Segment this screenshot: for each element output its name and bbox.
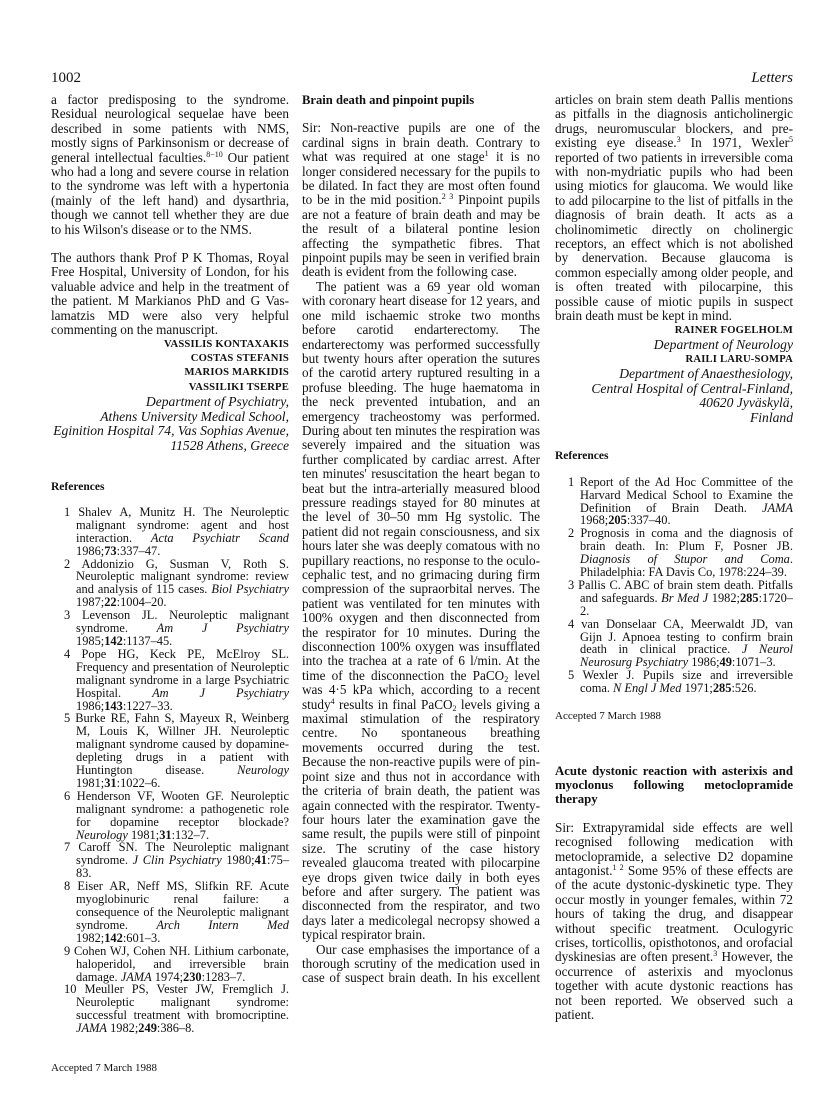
letter-title: Brain death and pinpoint pupils	[302, 93, 540, 107]
ref-pages: :1283–7.	[202, 970, 246, 984]
body-paragraph-continued: articles on brain stem death Pallis ment…	[555, 93, 793, 324]
affiliation-line: Central Hospital of Central-Finland,	[555, 382, 793, 397]
reference-item: 2 Addonizio G, Susman V, Roth S. Neurole…	[51, 558, 289, 610]
reference-item: 4 van Donselaar CA, Meerwaldt JD, van Gi…	[555, 618, 793, 670]
ref-pages: :1137–45.	[123, 634, 172, 648]
ref-num: 6	[64, 789, 70, 803]
author-name: RAINER FOGELHOLM	[555, 324, 793, 338]
ref-volume: 285	[740, 591, 759, 605]
ref-journal: JAMA	[121, 970, 152, 984]
text: CO	[434, 697, 452, 712]
ref-year: 1982;	[76, 931, 104, 945]
ref-num: 7	[64, 840, 70, 854]
section-title: Letters	[751, 70, 793, 87]
ref-year: 1982;	[708, 591, 740, 605]
ref-journal: JAMA	[762, 501, 793, 515]
affiliation-line: 11528 Athens, Greece	[51, 439, 289, 454]
ref-pages: :132–7.	[172, 828, 210, 842]
ref-num: 1	[568, 475, 574, 489]
text: results in final Pa	[335, 697, 435, 712]
author-name: RAILI LARU-SOMPA	[555, 353, 793, 367]
reference-item: 3 Levenson JL. Neuroleptic malignant syn…	[51, 609, 289, 648]
affiliation-line: Department of Psychiatry,	[51, 395, 289, 410]
text: levels giving a maximal stimulation of t…	[302, 697, 540, 943]
text: Our case emphasises the importance of a …	[302, 943, 540, 986]
acknowledgement: The authors thank Prof P K Thomas, Royal…	[51, 251, 289, 337]
ref-year: 1968;	[580, 513, 608, 527]
ref-num: 9	[64, 944, 70, 958]
author-name: VASSILIKI TSERPE	[51, 381, 289, 395]
reference-list: 1 Report of the Ad Hoc Committee of the …	[555, 476, 793, 695]
ref-text: Henderson VF, Wooten GF. Neuroleptic mal…	[76, 789, 289, 829]
body-paragraph: The patient was a 69 year old woman with…	[302, 280, 540, 943]
affiliation-line: Department of Anaesthesiology,	[555, 367, 793, 382]
reference-item: 9 Cohen WJ, Cohen NH. Lithium carbonate,…	[51, 945, 289, 984]
ref-year: 1971;	[682, 681, 713, 695]
citation: 1 2	[613, 863, 624, 872]
reference-item: 2 Prognosis in coma and the diagnosis of…	[555, 527, 793, 579]
references-heading: References	[555, 449, 793, 463]
ref-num: 8	[64, 879, 70, 893]
ref-journal: Acta Psychiatr Scand	[151, 531, 289, 545]
ref-journal: Biol Psychiatry	[211, 582, 289, 596]
ref-num: 4	[64, 647, 70, 661]
ref-pages: :1227–33.	[123, 699, 173, 713]
author-name: VASSILIS KONTAXAKIS	[51, 338, 289, 352]
affiliation-line: Finland	[555, 411, 793, 426]
ref-journal: Arch Intern Med	[156, 918, 289, 932]
ref-pages: :337–47.	[117, 544, 161, 558]
reference-item: 1 Report of the Ad Hoc Committee of the …	[555, 476, 793, 528]
reference-list: 1 Shalev A, Munitz H. The Neuroleptic ma…	[51, 506, 289, 1035]
ref-volume: 205	[608, 513, 627, 527]
affiliation-line: Eginition Hospital 74, Vas Sophias Avenu…	[51, 424, 289, 439]
author-name: COSTAS STEFANIS	[51, 352, 289, 366]
ref-num: 10	[64, 982, 76, 996]
ref-year: 1987;	[76, 595, 104, 609]
ref-journal: Neurology	[237, 763, 289, 777]
citation: 2 3	[442, 192, 454, 201]
signature-block: VASSILIS KONTAXAKIS COSTAS STEFANIS MARI…	[51, 338, 289, 454]
ref-journal: Diagnosis of Stupor and Coma	[580, 552, 790, 566]
ref-num: 5	[568, 668, 574, 682]
ref-volume: 49	[720, 655, 732, 669]
ref-volume: 285	[713, 681, 732, 695]
ref-pages: :601–3.	[123, 931, 161, 945]
ref-volume: 143	[104, 699, 123, 713]
ref-journal: N Engl J Med	[613, 681, 681, 695]
citation: 8−10	[206, 150, 223, 159]
ref-pages: :1071–3.	[732, 655, 776, 669]
ref-year: 1982;	[107, 1021, 138, 1035]
affiliation-line: Department of Neurology	[555, 338, 793, 353]
ref-volume: 31	[104, 776, 116, 790]
ref-year: 1981;	[128, 828, 159, 842]
column-1: a factor predisposing to the syndrome. R…	[51, 93, 289, 1075]
references-heading: References	[51, 480, 289, 494]
affiliation-line: Athens University Medical School,	[51, 410, 289, 425]
letter-title: Acute dystonic reaction with asterixis a…	[555, 764, 793, 807]
reference-item: 5 Burke RE, Fahn S, Mayeux R, Weinberg M…	[51, 712, 289, 789]
ref-year: 1980;	[222, 853, 255, 867]
ref-year: 1981;	[76, 776, 104, 790]
ref-pages: :1022–6.	[117, 776, 161, 790]
body-paragraph-continues: Our case emphasises the importance of a …	[302, 943, 540, 986]
column-3: articles on brain stem death Pallis ment…	[555, 93, 793, 1022]
page-number: 1002	[51, 70, 81, 87]
ref-journal: Br Med J	[661, 591, 708, 605]
ref-volume: 22	[104, 595, 116, 609]
ref-num: 5	[64, 711, 70, 725]
ref-year: 1974;	[152, 970, 183, 984]
ref-volume: 31	[159, 828, 171, 842]
body-paragraph: Sir: Extrapyramidal side effects are wel…	[555, 821, 793, 1023]
ref-year: 1986;	[688, 655, 719, 669]
ref-num: 3	[64, 608, 70, 622]
citation: 5	[789, 135, 793, 144]
ref-volume: 249	[138, 1021, 157, 1035]
affiliation-line: 40620 Jyväskylä,	[555, 396, 793, 411]
text: In 1971, Wexler	[681, 135, 789, 150]
ref-journal: JAMA	[76, 1021, 107, 1035]
text: CO	[486, 668, 504, 683]
ref-volume: 73	[104, 544, 116, 558]
text: reported of two patients in irreversible…	[555, 150, 793, 323]
ref-num: 2	[64, 557, 70, 571]
ref-num: 4	[568, 617, 574, 631]
continuation-paragraph: a factor predisposing to the syndrome. R…	[51, 93, 289, 237]
ref-volume: 142	[104, 931, 123, 945]
ref-num: 2	[568, 526, 574, 540]
ref-num: 1	[64, 505, 70, 519]
reference-item: 1 Shalev A, Munitz H. The Neuroleptic ma…	[51, 506, 289, 558]
ref-volume: 41	[255, 853, 267, 867]
ref-pages: :337–40.	[627, 513, 671, 527]
body-paragraph: Sir: Non-reactive pupils are one of the …	[302, 121, 540, 279]
accepted-date: Accepted 7 March 1988	[555, 709, 793, 723]
text: The patient was a 69 year old woman with…	[302, 279, 540, 683]
ref-volume: 230	[183, 970, 202, 984]
ref-pages: :1004–20.	[117, 595, 167, 609]
reference-item: 8 Eiser AR, Neff MS, Slifkin RF. Acute m…	[51, 880, 289, 945]
ref-text: Meuller PS, Vester JW, Fremglich J. Neur…	[76, 982, 289, 1022]
reference-item: 10 Meuller PS, Vester JW, Fremglich J. N…	[51, 983, 289, 1035]
signature-block: RAINER FOGELHOLM Department of Neurology…	[555, 324, 793, 426]
reference-item: 6 Henderson VF, Wooten GF. Neuroleptic m…	[51, 790, 289, 842]
ref-text: Prognosis in coma and the diagnosis of b…	[580, 526, 793, 553]
ref-year: 1986;	[76, 544, 104, 558]
ref-journal: Neurology	[76, 828, 128, 842]
ref-year: 1986;	[76, 699, 104, 713]
ref-year: 1985;	[76, 634, 104, 648]
ref-pages: :526.	[731, 681, 756, 695]
accepted-date: Accepted 7 March 1988	[51, 1061, 289, 1075]
ref-journal: Am J Psychiatry	[152, 686, 289, 700]
column-2: Brain death and pinpoint pupils Sir: Non…	[302, 93, 540, 986]
reference-item: 5 Wexler J. Pupils size and irreversible…	[555, 669, 793, 695]
reference-item: 7 Caroff SN. The Neuroleptic malignant s…	[51, 841, 289, 880]
reference-item: 3 Pallis C. ABC of brain stem death. Pit…	[555, 579, 793, 618]
ref-pages: :386–8.	[157, 1021, 195, 1035]
ref-volume: 142	[104, 634, 123, 648]
ref-journal: J Clin Psychiatry	[133, 853, 222, 867]
ref-journal: Am J Psychiatry	[157, 621, 289, 635]
reference-item: 4 Pope HG, Keck PE, McElroy SL. Frequenc…	[51, 648, 289, 713]
ref-text: Report of the Ad Hoc Committee of the Ha…	[580, 475, 793, 515]
author-name: MARIOS MARKIDIS	[51, 366, 289, 380]
ref-num: 3	[568, 578, 574, 592]
